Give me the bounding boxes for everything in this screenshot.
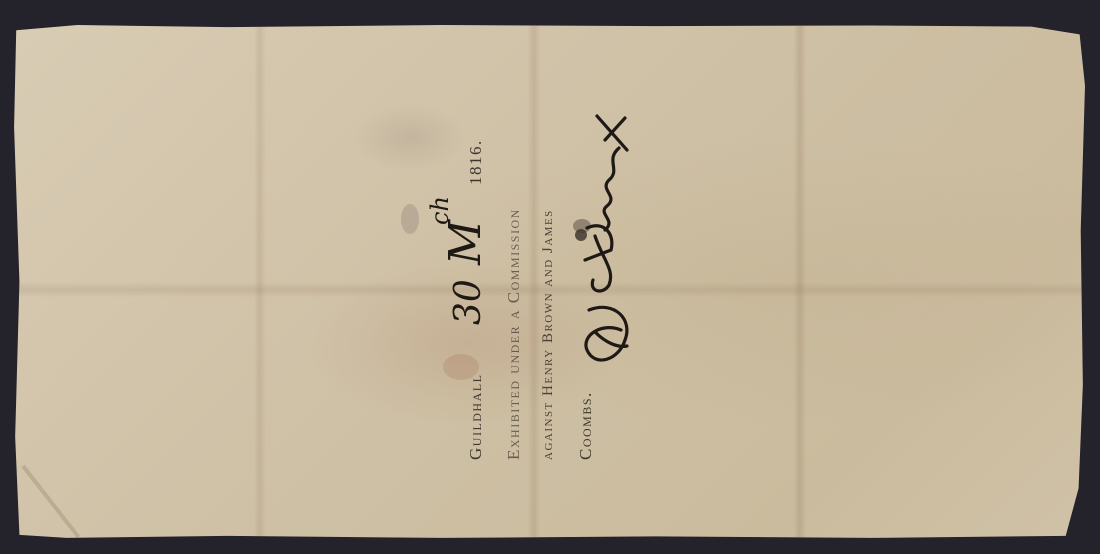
place-text: Guildhall — [466, 374, 485, 460]
corner-crease — [21, 465, 80, 538]
endorsement-line-3: against Henry Brown and James — [540, 209, 557, 460]
endorsement-line-1: Guildhall — [466, 374, 486, 460]
endorsement-line-4: Coombs. — [576, 391, 596, 460]
handwritten-month: M — [440, 220, 491, 265]
year-text: 1816. — [466, 139, 486, 185]
ink-blot — [575, 229, 587, 241]
year-value: 1816. — [466, 139, 485, 185]
handwritten-month-superscript: ch — [426, 196, 454, 225]
handwritten-signature — [575, 110, 645, 370]
endorsement-line-2: Exhibited under a Commission — [504, 208, 524, 460]
stain — [401, 204, 419, 234]
handwritten-day: 30 — [448, 279, 489, 325]
